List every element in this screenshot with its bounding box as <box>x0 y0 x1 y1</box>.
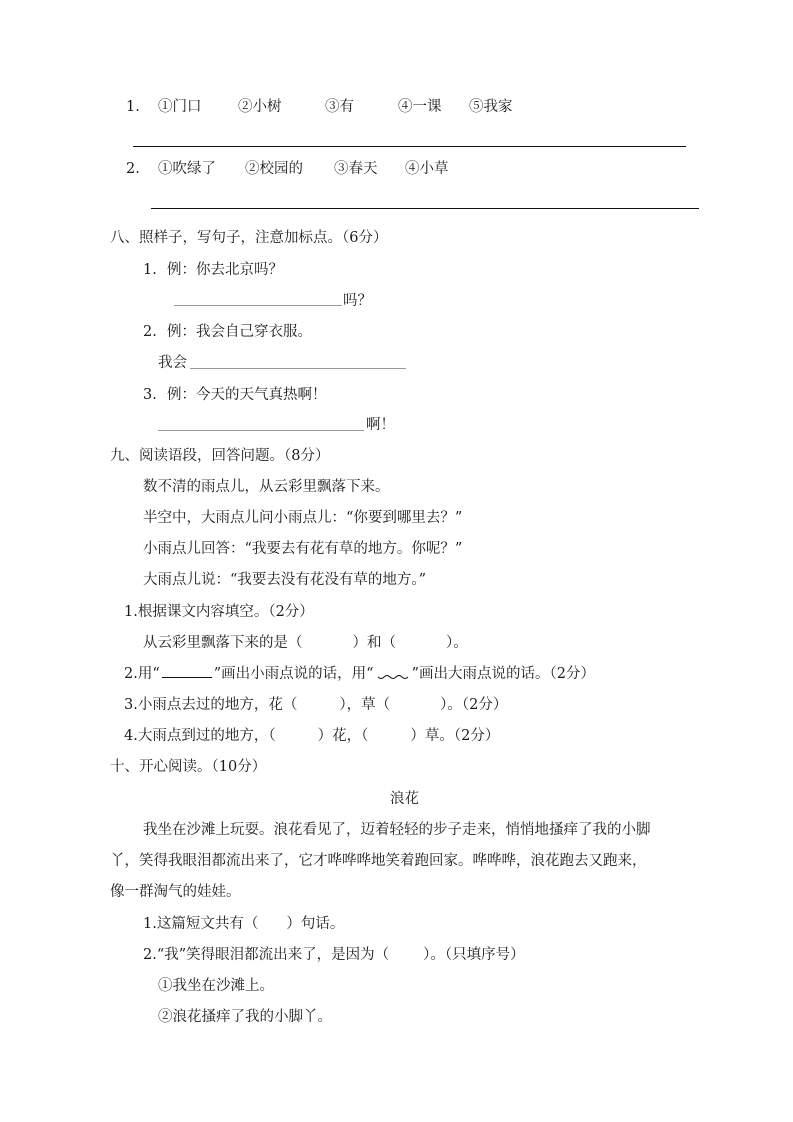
passage-title: 浪花 <box>8 790 793 808</box>
section-heading: 十、开心阅读。（10分） <box>110 758 266 776</box>
question-1: 1.这篇短文共有（）句话。 <box>143 915 344 933</box>
answer-line[interactable] <box>133 146 686 147</box>
word-option: ⑤我家 <box>469 98 513 116</box>
fill-text: ）。 <box>446 635 468 651</box>
example-sentence: 例：你去北京吗？ <box>167 261 283 279</box>
passage-line: 像一群淘气的娃娃。 <box>110 883 241 901</box>
question-1-fill: 从云彩里飘落下来的是（）和（）。 <box>143 634 468 652</box>
question-2: 2.“我”笑得眼泪都流出来了，是因为（）。（只填序号） <box>143 946 525 964</box>
passage-line: 大雨点儿说：“我要去没有花没有草的地方。” <box>143 571 426 589</box>
question-text: ），草（ <box>339 697 390 713</box>
answer-suffix: 吗？ <box>343 292 372 310</box>
question-text: 2.“我”笑得眼泪都流出来了，是因为（ <box>143 947 389 963</box>
passage-line: 小雨点儿回答：“我要去有花有草的地方。你呢？” <box>143 540 462 558</box>
question-text: ”画出大雨点说的话。（2分） <box>412 666 595 682</box>
example-sentence: 例：我会自己穿衣服。 <box>167 323 312 341</box>
passage-line: 丫，笑得我眼泪都流出来了，它才哗哗哗地笑着跑回家。哗哗哗，浪花跑去又跑来， <box>110 852 647 870</box>
word-option: ④小草 <box>405 160 449 178</box>
item-number: 2. <box>126 160 140 178</box>
question-text: ）。（2分） <box>440 697 507 713</box>
question-3: 3.小雨点去过的地方，花（），草（）。（2分） <box>124 696 507 714</box>
section-heading: 八、照样子，写句子，注意加标点。（6分） <box>110 229 387 247</box>
word-option: ①吹绿了 <box>158 160 216 178</box>
question-4: 4.大雨点到过的地方，（）花，（）草。（2分） <box>124 727 499 745</box>
question-text: ）。（只填序号） <box>423 947 525 963</box>
answer-blank[interactable] <box>190 368 406 369</box>
answer-suffix: 啊！ <box>366 416 395 434</box>
answer-line[interactable] <box>151 208 699 209</box>
word-option: ③春天 <box>334 160 378 178</box>
question-2: 2.用“”画出小雨点说的话，用“”画出大雨点说的话。（2分） <box>124 665 595 683</box>
answer-blank[interactable] <box>158 430 364 431</box>
question-text: 4.大雨点到过的地方，（ <box>124 728 276 744</box>
passage-line: 数不清的雨点儿，从云彩里飘落下来。 <box>143 478 390 496</box>
question-text: ）句话。 <box>286 916 344 932</box>
question-text: ）花，（ <box>318 728 369 744</box>
word-option: ②校园的 <box>245 160 303 178</box>
question-1: 1.根据课文内容填空。（2分） <box>124 603 314 621</box>
word-option: ④一课 <box>398 98 442 116</box>
answer-blank[interactable] <box>174 305 342 306</box>
item-number: 1. <box>143 261 157 279</box>
question-text: 3.小雨点去过的地方，花（ <box>124 697 297 713</box>
word-option: ①门口 <box>158 98 202 116</box>
word-option: ③有 <box>325 98 354 116</box>
passage-line: 我坐在沙滩上玩耍。浪花看见了，迈着轻轻的步子走来，悄悄地搔痒了我的小脚 <box>143 821 651 839</box>
passage-line: 半空中，大雨点儿问小雨点儿：“你要到哪里去？” <box>143 509 462 527</box>
answer-prefix: 我会 <box>158 354 187 372</box>
question-text: 1.这篇短文共有（ <box>143 916 258 932</box>
straight-underline-sample <box>162 665 212 678</box>
answer-option: ①我坐在沙滩上。 <box>158 977 274 995</box>
answer-option: ②浪花搔痒了我的小脚丫。 <box>158 1008 332 1026</box>
example-sentence: 例：今天的天气真热啊！ <box>167 386 327 404</box>
section-heading: 九、阅读语段，回答问题。（8分） <box>110 447 329 465</box>
item-number: 3. <box>143 386 157 404</box>
fill-text: 从云彩里飘落下来的是（ <box>143 635 303 651</box>
item-number: 2. <box>143 323 157 341</box>
wavy-underline-sample <box>376 666 410 678</box>
question-text: ”画出小雨点说的话，用“ <box>214 666 374 682</box>
question-text: 2.用“ <box>124 666 160 682</box>
question-text: ）草。（2分） <box>410 728 499 744</box>
item-number: 1. <box>126 98 140 116</box>
fill-text: ）和（ <box>353 635 397 651</box>
word-option: ②小树 <box>238 98 282 116</box>
